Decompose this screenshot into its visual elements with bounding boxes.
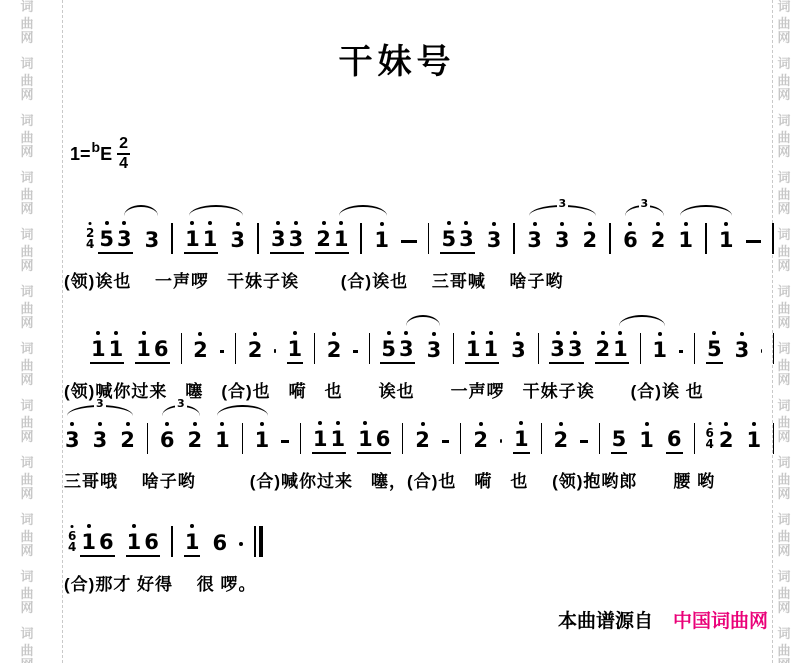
note-digit: 1 (108, 339, 125, 360)
barline (773, 333, 774, 364)
watermark-char: 网 (777, 487, 790, 500)
watermark-char: 网 (20, 259, 33, 272)
barline (300, 423, 301, 454)
barline (460, 423, 461, 454)
dash-note (580, 440, 588, 443)
flat-sign: b (92, 139, 101, 155)
note-group: 16 (357, 429, 391, 454)
note-group: 1 (513, 429, 530, 454)
note-group: 2 (326, 340, 343, 364)
lyrics-line-4: (合)那才 好得 很 啰。 (64, 570, 774, 595)
note-group: 5 (611, 429, 628, 454)
note-digit: 6 (98, 532, 115, 553)
note-digit: 3 (229, 230, 246, 251)
key-signature: 1=bE 2 4 (70, 136, 130, 172)
barline (428, 223, 430, 254)
watermark-char: 曲 (777, 530, 790, 543)
note-digit: 2 (595, 339, 612, 360)
watermark-char: 词 (777, 0, 790, 13)
watermark-char: 词 (20, 114, 33, 127)
note-digit: 5 (98, 229, 115, 250)
watermark-char: 网 (20, 487, 33, 500)
barline (257, 223, 259, 254)
meter-denominator: 4 (119, 156, 128, 172)
note-group: 33 (549, 339, 583, 364)
music-line-3: 332621111162212516642133 (64, 402, 774, 454)
note-group: 1 (677, 230, 694, 254)
watermark-char: 曲 (20, 359, 33, 372)
note-group: 11 (312, 429, 346, 454)
note-digit: 3 (554, 230, 571, 251)
note-digit: 2 (119, 430, 136, 451)
barline (369, 333, 370, 364)
note-digit: 6 (143, 532, 160, 553)
note-digit: 1 (612, 339, 629, 360)
note-digit: 1 (126, 532, 143, 553)
watermark-char: 词 (777, 171, 790, 184)
watermark-char: 曲 (777, 17, 790, 30)
watermark-char: 词 (777, 627, 790, 640)
watermark-char: 曲 (777, 188, 790, 201)
slur (339, 205, 387, 216)
dash-note (401, 240, 417, 243)
barline (694, 333, 695, 364)
note-group: 3 (510, 340, 527, 364)
note-group: 1 (745, 430, 762, 454)
note-digit: 6 (211, 533, 228, 554)
barline (599, 423, 600, 454)
thick-bar (259, 526, 263, 557)
note-group: 33 (270, 229, 304, 254)
note-group: 11 (90, 339, 124, 364)
note-group: 2 (650, 230, 667, 254)
watermark-char: 网 (20, 145, 33, 158)
dash-note (220, 350, 225, 353)
note-group: 3 (734, 340, 751, 364)
note-group: 1 (287, 339, 304, 364)
note-digit: 3 (398, 339, 415, 360)
note-digit: 5 (440, 229, 457, 250)
note-group: 1 (638, 430, 655, 454)
watermark-char: 曲 (777, 416, 790, 429)
music-line-1: 2453311333211533332621133 (86, 202, 774, 254)
slur (619, 315, 665, 326)
note-group: 3 (554, 230, 571, 254)
note-group: 2 (247, 340, 264, 364)
note-digit: 3 (64, 430, 81, 451)
lyrics-line-1: (领)诶也 一声啰 干妹子诶 (合)诶也 三哥喊 啥子哟 (64, 267, 774, 292)
note-digit: 2 (582, 230, 599, 251)
augmentation-dot (274, 349, 275, 353)
dash-note (746, 240, 762, 243)
note-digit: 5 (706, 339, 723, 360)
barline (513, 223, 515, 254)
barline (171, 223, 173, 254)
barline (541, 423, 542, 454)
music-line-2: 111622125331133321153 (90, 312, 774, 364)
tuplet-number: 3 (557, 198, 569, 209)
watermark-char: 曲 (20, 416, 33, 429)
note-digit: 3 (288, 229, 305, 250)
note-digit: 5 (380, 339, 397, 360)
note-digit: 1 (373, 230, 390, 251)
note-digit: 2 (553, 430, 570, 451)
watermark-char: 词 (777, 342, 790, 355)
note-group: 11 (465, 339, 499, 364)
note-group: 3 (64, 430, 81, 454)
note-group: 6 (622, 230, 639, 254)
note-digit: 1 (718, 230, 735, 251)
note-digit: 5 (611, 429, 628, 450)
watermark-char: 网 (20, 316, 33, 329)
watermark-char: 词 (20, 285, 33, 298)
stanza-3: 332621111162212516642133 三哥哦 啥子哟 (合)喊你过来… (64, 402, 774, 492)
site-name: 中国词曲网 (673, 606, 768, 633)
note-digit: 2 (414, 430, 431, 451)
key-prefix: 1= (70, 144, 91, 165)
lyrics-line-3: 三哥哦 啥子哟 (合)喊你过来 噻，(合)也 嗬 也 (领)抱哟郎 腰 哟 (64, 467, 774, 492)
note-group: 1 (373, 230, 390, 254)
note-digit: 6 (375, 429, 392, 450)
note-digit: 3 (549, 339, 566, 360)
music-line-4: 64161616 (68, 505, 774, 557)
note-digit: 3 (270, 229, 287, 250)
watermark-char: 网 (777, 88, 790, 101)
source-footer: 本曲谱源自 中国词曲网 (64, 606, 768, 633)
final-barline (254, 526, 263, 557)
note-group: 2 (192, 340, 209, 364)
note-digit: 6 (666, 429, 683, 450)
note-digit: 1 (135, 339, 152, 360)
note-digit: 2 (326, 340, 343, 361)
note-digit: 6 (159, 430, 176, 451)
note-group: 3 (229, 230, 246, 254)
note-group: 53 (440, 229, 474, 254)
note-group: 16 (135, 339, 169, 364)
time-signature: 64 (68, 530, 76, 557)
barline (147, 423, 148, 454)
time-signature: 24 (86, 227, 94, 254)
tuplet-number: 3 (639, 198, 651, 209)
note-group: 1 (254, 430, 271, 454)
note-digit: 2 (247, 340, 264, 361)
watermark-char: 词 (20, 627, 33, 640)
note-digit: 1 (184, 532, 201, 553)
slur (406, 315, 440, 326)
watermark-char: 曲 (20, 587, 33, 600)
note-digit: 1 (638, 430, 655, 451)
slur (217, 405, 267, 416)
note-digit: 1 (184, 229, 201, 250)
augmentation-dot (500, 439, 502, 443)
watermark-char: 曲 (777, 359, 790, 372)
note-digit: 1 (329, 429, 346, 450)
watermark-char: 词 (777, 399, 790, 412)
watermark-char: 网 (777, 430, 790, 443)
meter-fraction: 2 4 (117, 136, 130, 172)
watermark-char: 词 (777, 513, 790, 526)
note-digit: 3 (116, 229, 133, 250)
note-digit: 2 (186, 430, 203, 451)
watermark-char: 词 (20, 228, 33, 241)
watermark-left: 词曲网词曲网词曲网词曲网词曲网词曲网词曲网词曲网词曲网词曲网词曲网词曲网 (18, 0, 36, 663)
note-group: 53 (98, 229, 132, 254)
dash-note (281, 440, 289, 443)
note-digit: 1 (465, 339, 482, 360)
note-digit: 1 (214, 430, 231, 451)
note-digit: 3 (426, 340, 443, 361)
note-group: 11 (184, 229, 218, 254)
watermark-char: 曲 (20, 17, 33, 30)
augmentation-dot (239, 542, 243, 546)
watermark-char: 曲 (20, 530, 33, 543)
note-group: 2 (414, 430, 431, 454)
barline (538, 333, 539, 364)
watermark-char: 词 (20, 399, 33, 412)
dash-note (442, 440, 450, 443)
watermark-char: 网 (20, 601, 33, 614)
tuplet-number: 3 (94, 398, 106, 409)
note-digit: 2 (650, 230, 667, 251)
note-group: 1 (214, 430, 231, 454)
watermark-char: 曲 (20, 131, 33, 144)
dash-note (353, 350, 358, 353)
barline (609, 223, 611, 254)
score-page: 词曲网词曲网词曲网词曲网词曲网词曲网词曲网词曲网词曲网词曲网词曲网词曲网 词曲网… (0, 0, 794, 663)
note-group: 3 (92, 430, 109, 454)
watermark-char: 词 (20, 171, 33, 184)
watermark-char: 网 (20, 658, 33, 663)
watermark-char: 曲 (20, 188, 33, 201)
score-content: 1=bE 2 4 2453311333211533332621133 (领)诶也… (64, 0, 774, 663)
note-digit: 3 (567, 339, 584, 360)
note-group: 1 (651, 340, 668, 364)
note-digit: 6 (622, 230, 639, 251)
note-group: 2 (582, 230, 599, 254)
meter-numerator: 2 (119, 136, 128, 152)
watermark-char: 曲 (20, 473, 33, 486)
note-digit: 3 (510, 340, 527, 361)
note-group: 3 (144, 230, 161, 254)
watermark-char: 词 (20, 342, 33, 355)
note-group: 3 (526, 230, 543, 254)
note-digit: 1 (677, 230, 694, 251)
note-group: 2 (718, 430, 735, 454)
watermark-char: 词 (777, 114, 790, 127)
note-digit: 3 (734, 340, 751, 361)
watermark-char: 词 (20, 0, 33, 13)
watermark-char: 曲 (20, 302, 33, 315)
barline (360, 223, 362, 254)
watermark-char: 词 (777, 228, 790, 241)
watermark-char: 曲 (777, 587, 790, 600)
barline (242, 423, 243, 454)
note-group: 16 (126, 532, 160, 557)
source-label: 本曲谱源自 (558, 606, 653, 633)
stanza-2: 111622125331133321153 (领)喊你过来 噻 (合)也 嗬 也… (64, 312, 774, 402)
note-digit: 3 (526, 230, 543, 251)
watermark-right: 词曲网词曲网词曲网词曲网词曲网词曲网词曲网词曲网词曲网词曲网词曲网词曲网 (775, 0, 793, 663)
barline (705, 223, 707, 254)
watermark-char: 词 (777, 456, 790, 469)
watermark-char: 曲 (20, 644, 33, 657)
time-signature: 64 (706, 427, 714, 454)
watermark-char: 网 (20, 88, 33, 101)
note-group: 21 (315, 229, 349, 254)
watermark-char: 网 (777, 658, 790, 663)
barline (694, 423, 695, 454)
key-letter: E (100, 144, 112, 165)
barline (640, 333, 641, 364)
note-digit: 3 (144, 230, 161, 251)
barline (773, 423, 774, 454)
barline (402, 423, 403, 454)
watermark-char: 网 (777, 601, 790, 614)
barline (235, 333, 236, 364)
note-group: 3 (426, 340, 443, 364)
watermark-char: 词 (20, 570, 33, 583)
watermark-char: 网 (20, 430, 33, 443)
watermark-char: 曲 (777, 644, 790, 657)
note-digit: 1 (513, 429, 530, 450)
note-digit: 1 (202, 229, 219, 250)
note-group: 2 (553, 430, 570, 454)
watermark-char: 曲 (777, 131, 790, 144)
note-digit: 2 (472, 430, 489, 451)
watermark-char: 曲 (777, 473, 790, 486)
note-digit: 3 (458, 229, 475, 250)
note-digit: 1 (80, 532, 97, 553)
note-group: 1 (718, 230, 735, 254)
watermark-char: 网 (777, 145, 790, 158)
watermark-char: 词 (20, 456, 33, 469)
note-digit: 1 (312, 429, 329, 450)
watermark-char: 曲 (777, 302, 790, 315)
note-group: 6 (666, 429, 683, 454)
note-digit: 1 (254, 430, 271, 451)
watermark-char: 网 (777, 202, 790, 215)
note-digit: 1 (357, 429, 374, 450)
watermark-char: 曲 (777, 245, 790, 258)
thin-bar (254, 526, 256, 557)
note-digit: 1 (651, 340, 668, 361)
note-group: 53 (380, 339, 414, 364)
watermark-char: 曲 (20, 245, 33, 258)
note-group: 5 (706, 339, 723, 364)
note-digit: 1 (287, 339, 304, 360)
watermark-char: 网 (20, 373, 33, 386)
lyrics-line-2: (领)喊你过来 噻 (合)也 嗬 也 诶也 一声啰 干妹子诶 (合)诶 也 (64, 377, 774, 402)
slur (124, 205, 158, 216)
watermark-char: 网 (777, 316, 790, 329)
augmentation-dot (761, 349, 762, 353)
note-group: 3 (486, 230, 503, 254)
note-group: 6 (211, 533, 228, 557)
note-digit: 3 (486, 230, 503, 251)
watermark-char: 网 (20, 202, 33, 215)
note-group: 2 (186, 430, 203, 454)
barline (171, 526, 173, 557)
note-digit: 1 (482, 339, 499, 360)
slur (189, 205, 243, 216)
note-group: 2 (472, 430, 489, 454)
note-digit: 1 (333, 229, 350, 250)
barline (453, 333, 454, 364)
note-group: 6 (159, 430, 176, 454)
dash-note (679, 350, 684, 353)
note-group: 1 (184, 532, 201, 557)
note-digit: 2 (718, 430, 735, 451)
barline (772, 223, 774, 254)
note-digit: 1 (745, 430, 762, 451)
watermark-char: 网 (777, 544, 790, 557)
note-group: 16 (80, 532, 114, 557)
slur (680, 205, 731, 216)
watermark-char: 词 (20, 513, 33, 526)
watermark-char: 词 (777, 570, 790, 583)
watermark-char: 网 (777, 373, 790, 386)
note-digit: 1 (90, 339, 107, 360)
barline (181, 333, 182, 364)
watermark-char: 网 (20, 544, 33, 557)
barline (314, 333, 315, 364)
watermark-char: 网 (777, 259, 790, 272)
note-group: 2 (119, 430, 136, 454)
stanza-4: 64161616 (合)那才 好得 很 啰。 (64, 505, 774, 595)
stanza-1: 2453311333211533332621133 (领)诶也 一声啰 干妹子诶… (64, 202, 774, 292)
note-group: 21 (595, 339, 629, 364)
note-digit: 6 (153, 339, 170, 360)
dashed-border-left (62, 0, 63, 663)
note-digit: 3 (92, 430, 109, 451)
tuplet-number: 3 (175, 398, 187, 409)
watermark-char: 词 (777, 285, 790, 298)
note-digit: 2 (192, 340, 209, 361)
note-digit: 2 (315, 229, 332, 250)
